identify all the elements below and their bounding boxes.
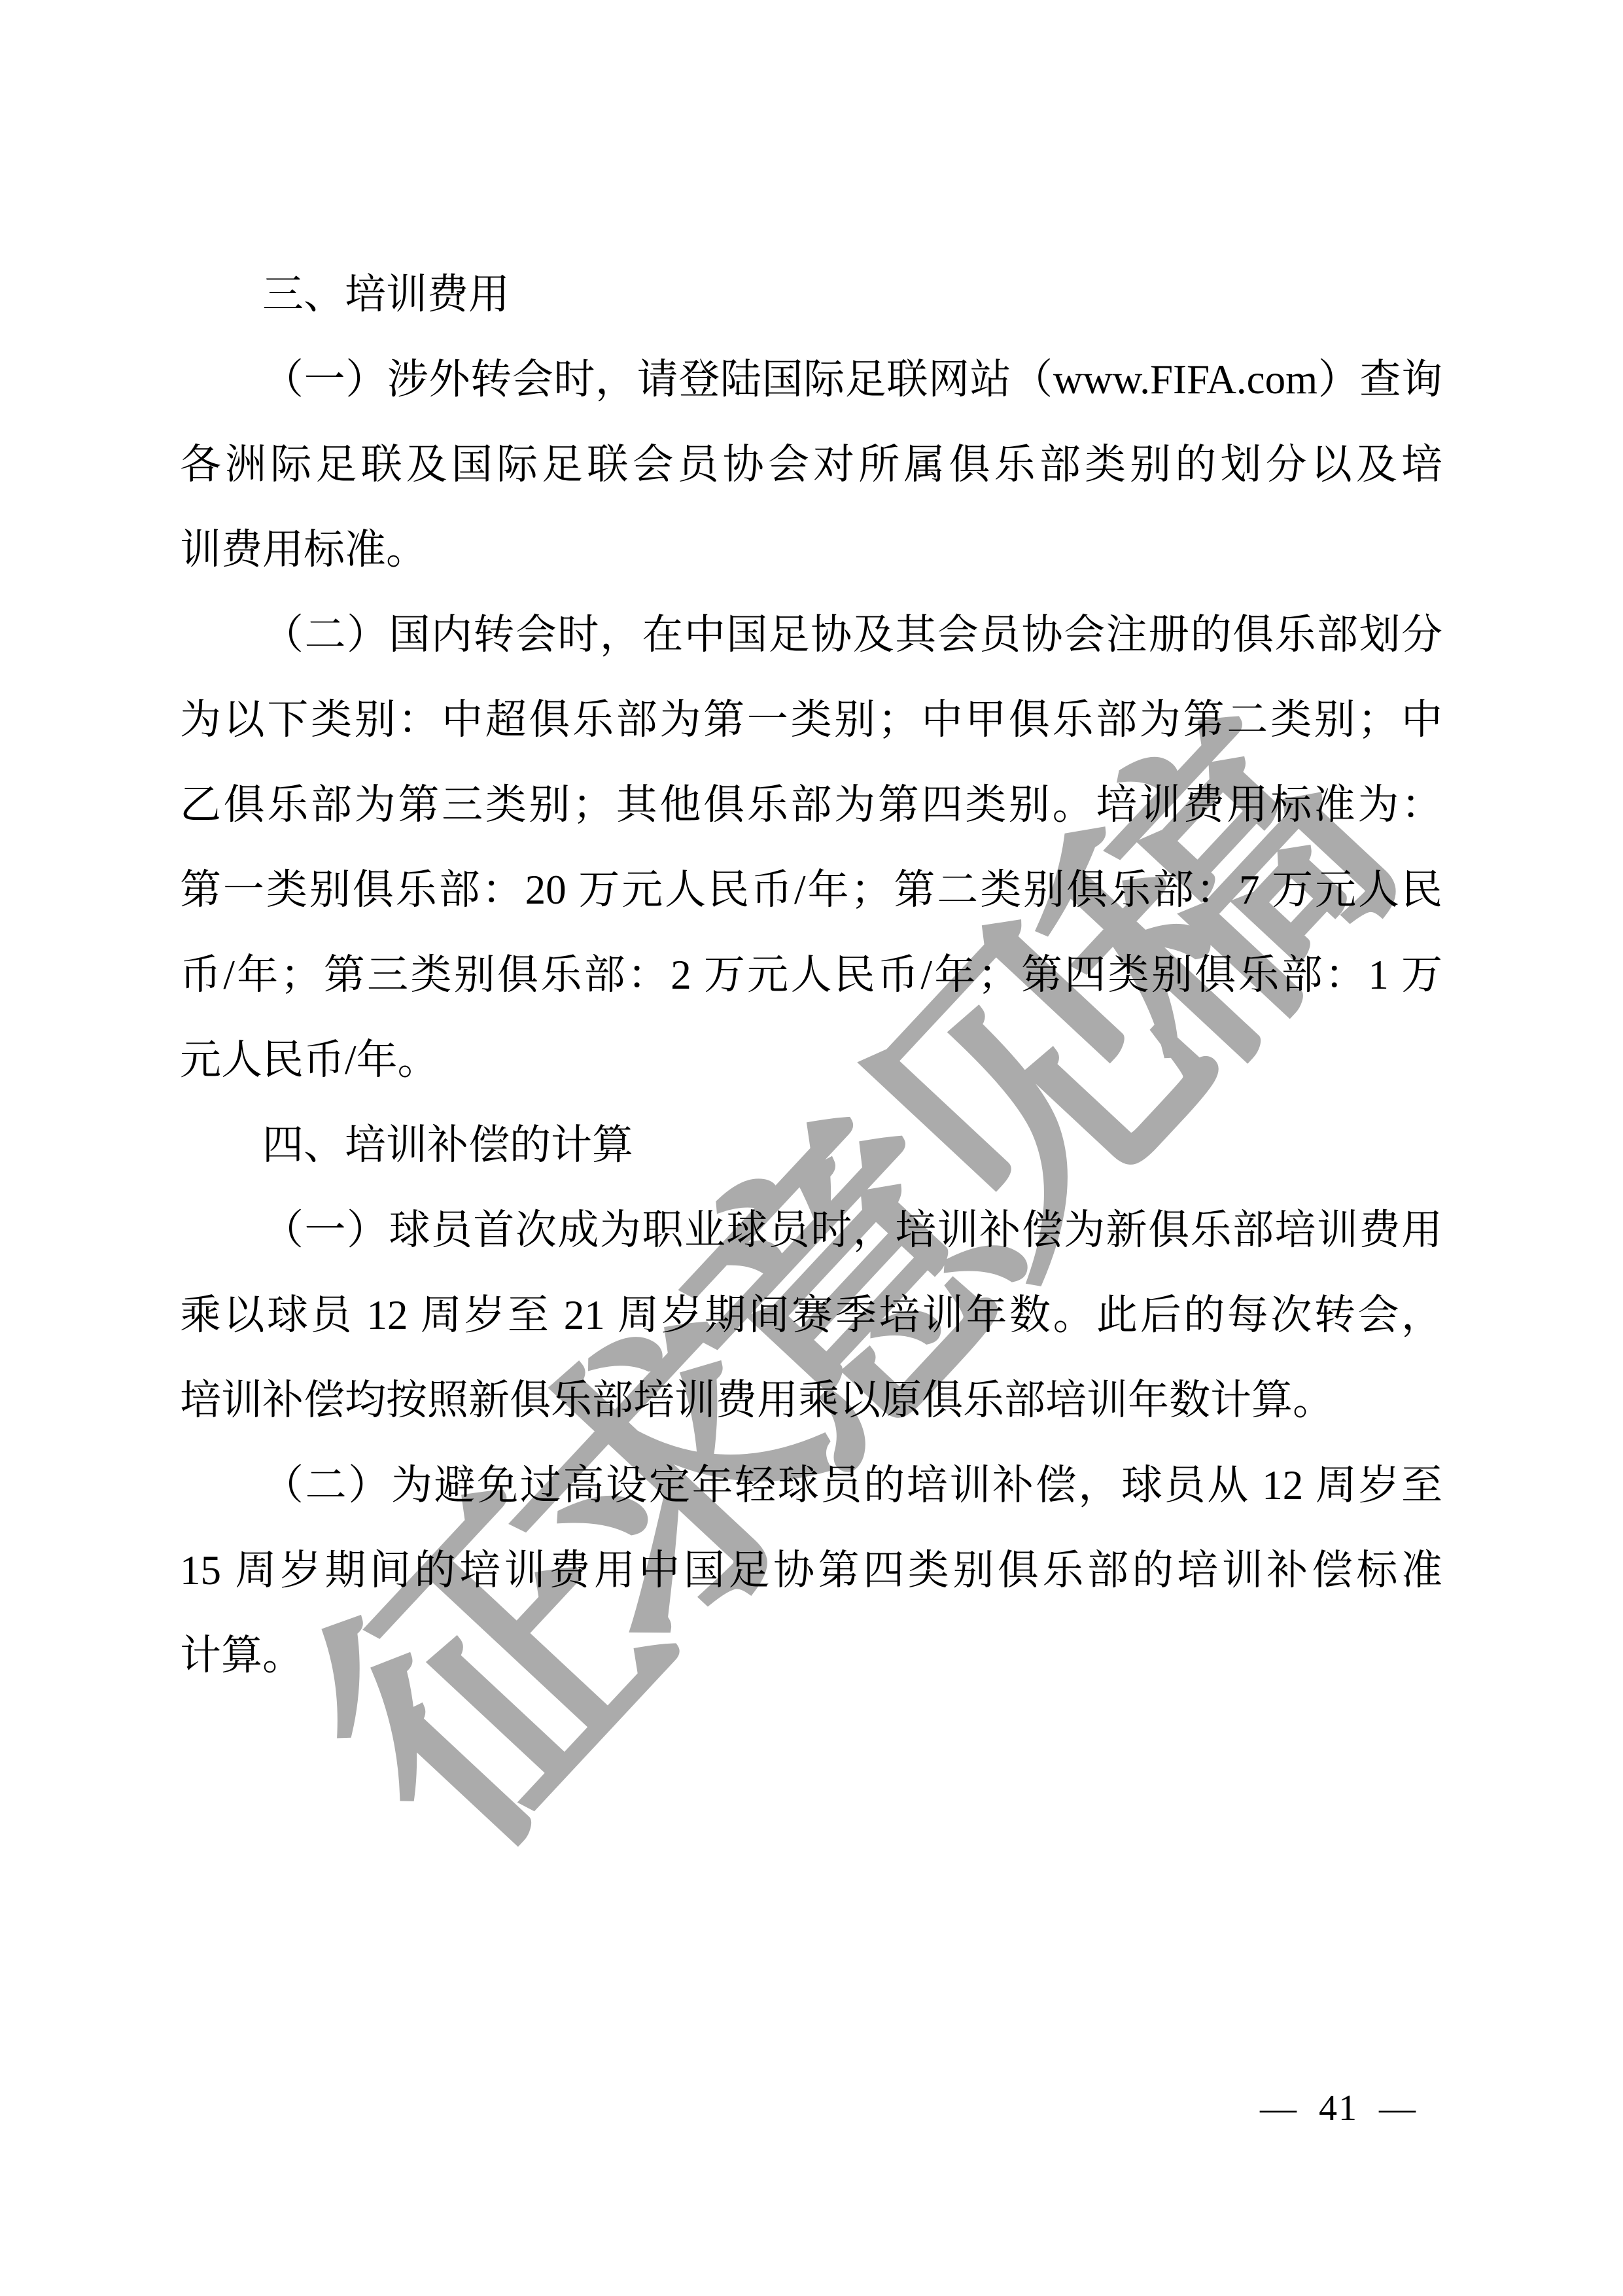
text-line: 训费用标准。 (180, 507, 1442, 592)
text-line: 为以下类别：中超俱乐部为第一类别；中甲俱乐部为第二类别；中 (180, 677, 1442, 762)
text-line: （一）涉外转会时，请登陆国际足联网站（www.FIFA.com）查询 (180, 337, 1442, 422)
section-heading-compensation-calc: 四、培训补偿的计算 (180, 1103, 1442, 1188)
page-number: — 41 — (1260, 2082, 1417, 2134)
document-page: 征求意见稿 三、培训费用 （一）涉外转会时，请登陆国际足联网站（www.FIFA… (0, 0, 1623, 2296)
section-heading-training-fees: 三、培训费用 (180, 252, 1442, 337)
text-line: 乘以球员 12 周岁至 21 周岁期间赛季培训年数。此后的每次转会， (180, 1273, 1442, 1358)
text-line: 乙俱乐部为第三类别；其他俱乐部为第四类别。培训费用标准为： (180, 762, 1442, 847)
text-line: （二）为避免过高设定年轻球员的培训补偿，球员从 12 周岁至 (180, 1443, 1442, 1528)
document-body: 三、培训费用 （一）涉外转会时，请登陆国际足联网站（www.FIFA.com）查… (180, 252, 1442, 1698)
text-line: 培训补偿均按照新俱乐部培训费用乘以原俱乐部培训年数计算。 (180, 1358, 1442, 1443)
text-line: 第一类别俱乐部：20 万元人民币/年；第二类别俱乐部：7 万元人民 (180, 847, 1442, 932)
text-line: 15 周岁期间的培训费用中国足协第四类别俱乐部的培训补偿标准 (180, 1528, 1442, 1613)
text-line: （一）球员首次成为职业球员时，培训补偿为新俱乐部培训费用 (180, 1188, 1442, 1273)
text-line: 元人民币/年。 (180, 1017, 1442, 1103)
text-line: 币/年；第三类别俱乐部：2 万元人民币/年；第四类别俱乐部：1 万 (180, 932, 1442, 1017)
text-line: （二）国内转会时，在中国足协及其会员协会注册的俱乐部划分 (180, 592, 1442, 677)
text-line: 计算。 (180, 1613, 1442, 1698)
text-line: 各洲际足联及国际足联会员协会对所属俱乐部类别的划分以及培 (180, 422, 1442, 507)
